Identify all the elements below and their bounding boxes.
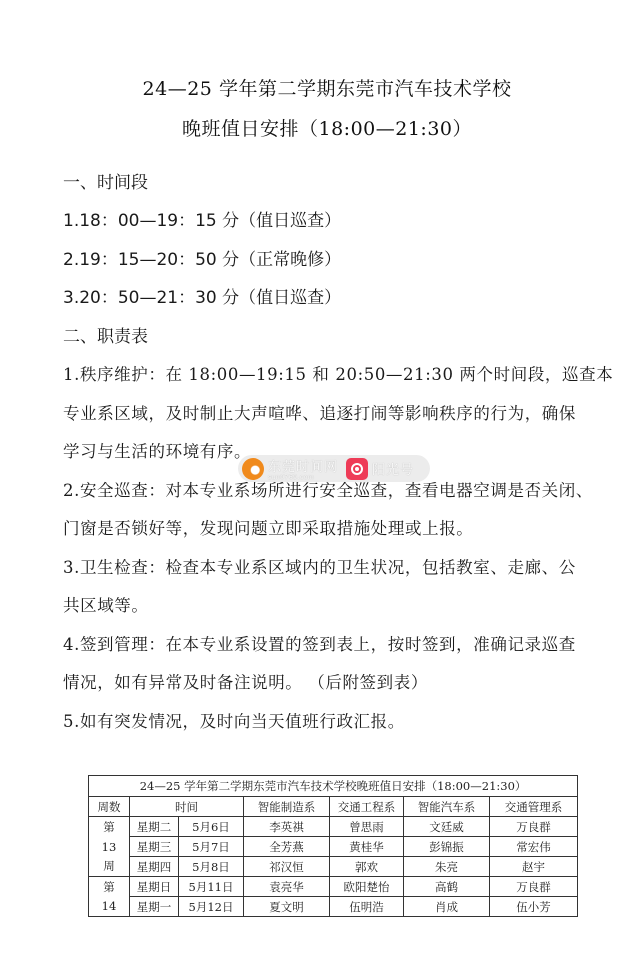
header-dept2: 交通工程系 [330, 797, 404, 817]
header-dept4: 交通管理系 [490, 797, 578, 817]
weekday-cell: 星期一 [130, 897, 179, 917]
dept1-cell: 袁亮华 [244, 877, 330, 897]
time-slot-item: 2.19：15—20：50 分（正常晚修） [63, 248, 341, 272]
section-heading-duties: 二、职责表 [63, 325, 148, 349]
table-row: 周 星期四 5月8日 祁汉恒 郭欢 朱亮 赵宇 [89, 857, 578, 877]
week-cell: 第 [89, 817, 130, 837]
dept2-cell: 欧阳楚怡 [330, 877, 404, 897]
dept4-cell: 伍小芳 [490, 897, 578, 917]
table-row: 第 星期二 5月6日 李英祺 曾思雨 文廷威 万良群 [89, 817, 578, 837]
date-cell: 5月8日 [179, 857, 244, 877]
eye-logo-icon [346, 458, 368, 480]
dept4-cell: 赵宇 [490, 857, 578, 877]
duty-text-line: 学习与生活的环境有序。 [63, 440, 251, 464]
table-row: 14 星期一 5月12日 夏文明 伍明浩 肖成 伍小芳 [89, 897, 578, 917]
duty-text-line: 情况，如有异常及时备注说明。 （后附签到表） [63, 671, 428, 695]
duty-text-line: 2.安全巡查：对本专业系场所进行安全巡查，查看电器空调是否关闭、 [63, 479, 593, 503]
time-slot-item: 1.18：00—19：15 分（值日巡查） [63, 209, 341, 233]
header-dept1: 智能制造系 [244, 797, 330, 817]
dept2-cell: 郭欢 [330, 857, 404, 877]
dept2-cell: 黄桂华 [330, 837, 404, 857]
header-dept3: 智能汽车系 [404, 797, 490, 817]
time-slot-item: 3.20：50—21：30 分（值日巡查） [63, 286, 341, 310]
dept4-cell: 常宏伟 [490, 837, 578, 857]
dept3-cell: 肖成 [404, 897, 490, 917]
duty-text-line: 共区域等。 [63, 594, 149, 618]
brand-logo-icon [242, 458, 264, 480]
header-time: 时间 [130, 797, 244, 817]
table-caption: 24—25 学年第二学期东莞市汽车技术学校晚班值日安排（18:00—21:30） [89, 776, 578, 797]
duty-text-line: 5.如有突发情况，及时向当天值班行政汇报。 [63, 710, 405, 734]
watermark-brand2: 阳光号 [372, 459, 414, 478]
week-cell: 周 [89, 857, 130, 877]
dept3-cell: 朱亮 [404, 857, 490, 877]
dept1-cell: 全芳燕 [244, 837, 330, 857]
week-cell: 14 [89, 897, 130, 917]
date-cell: 5月12日 [179, 897, 244, 917]
table-header-row: 周数 时间 智能制造系 交通工程系 智能汽车系 交通管理系 [89, 797, 578, 817]
table-row: 13 星期三 5月7日 全芳燕 黄桂华 彭锦振 常宏伟 [89, 837, 578, 857]
dept2-cell: 曾思雨 [330, 817, 404, 837]
watermark-brand1-name: 东莞时间网 [268, 460, 338, 475]
dept4-cell: 万良群 [490, 877, 578, 897]
dept2-cell: 伍明浩 [330, 897, 404, 917]
section-heading-time: 一、时间段 [63, 171, 148, 195]
duty-text-line: 专业系区域，及时制止大声喧哗、追逐打闹等影响秩序的行为，确保 [63, 402, 576, 426]
weekday-cell: 星期四 [130, 857, 179, 877]
watermark-overlay: 东莞时间网 sun0769.com 阳光号 [238, 455, 430, 482]
watermark-brand1: 东莞时间网 sun0769.com [268, 456, 338, 481]
document-title: 24—25 学年第二学期东莞市汽车技术学校 [0, 74, 624, 101]
date-cell: 5月11日 [179, 877, 244, 897]
duty-text-line: 4.签到管理：在本专业系设置的签到表上，按时签到，准确记录巡查 [63, 633, 576, 657]
document-subtitle: 晚班值日安排（18:00—21:30） [0, 114, 624, 141]
weekday-cell: 星期日 [130, 877, 179, 897]
date-cell: 5月7日 [179, 837, 244, 857]
dept1-cell: 夏文明 [244, 897, 330, 917]
dept3-cell: 文廷威 [404, 817, 490, 837]
dept3-cell: 高鹤 [404, 877, 490, 897]
header-week: 周数 [89, 797, 130, 817]
dept1-cell: 祁汉恒 [244, 857, 330, 877]
dept3-cell: 彭锦振 [404, 837, 490, 857]
weekday-cell: 星期三 [130, 837, 179, 857]
watermark-brand1-domain: sun0769.com [268, 475, 338, 481]
duty-text-line: 3.卫生检查：检查本专业系区域内的卫生状况，包括教室、走廊、公 [63, 556, 576, 580]
table-row: 第 星期日 5月11日 袁亮华 欧阳楚怡 高鹤 万良群 [89, 877, 578, 897]
dept4-cell: 万良群 [490, 817, 578, 837]
duty-text-line: 门窗是否锁好等，发现问题立即采取措施处理或上报。 [63, 517, 473, 541]
week-cell: 第 [89, 877, 130, 897]
duty-schedule-table: 24—25 学年第二学期东莞市汽车技术学校晚班值日安排（18:00—21:30）… [88, 775, 578, 917]
dept1-cell: 李英祺 [244, 817, 330, 837]
weekday-cell: 星期二 [130, 817, 179, 837]
duty-text-line: 1.秩序维护：在 18:00—19:15 和 20:50—21:30 两个时间段… [63, 363, 613, 387]
date-cell: 5月6日 [179, 817, 244, 837]
week-cell: 13 [89, 837, 130, 857]
